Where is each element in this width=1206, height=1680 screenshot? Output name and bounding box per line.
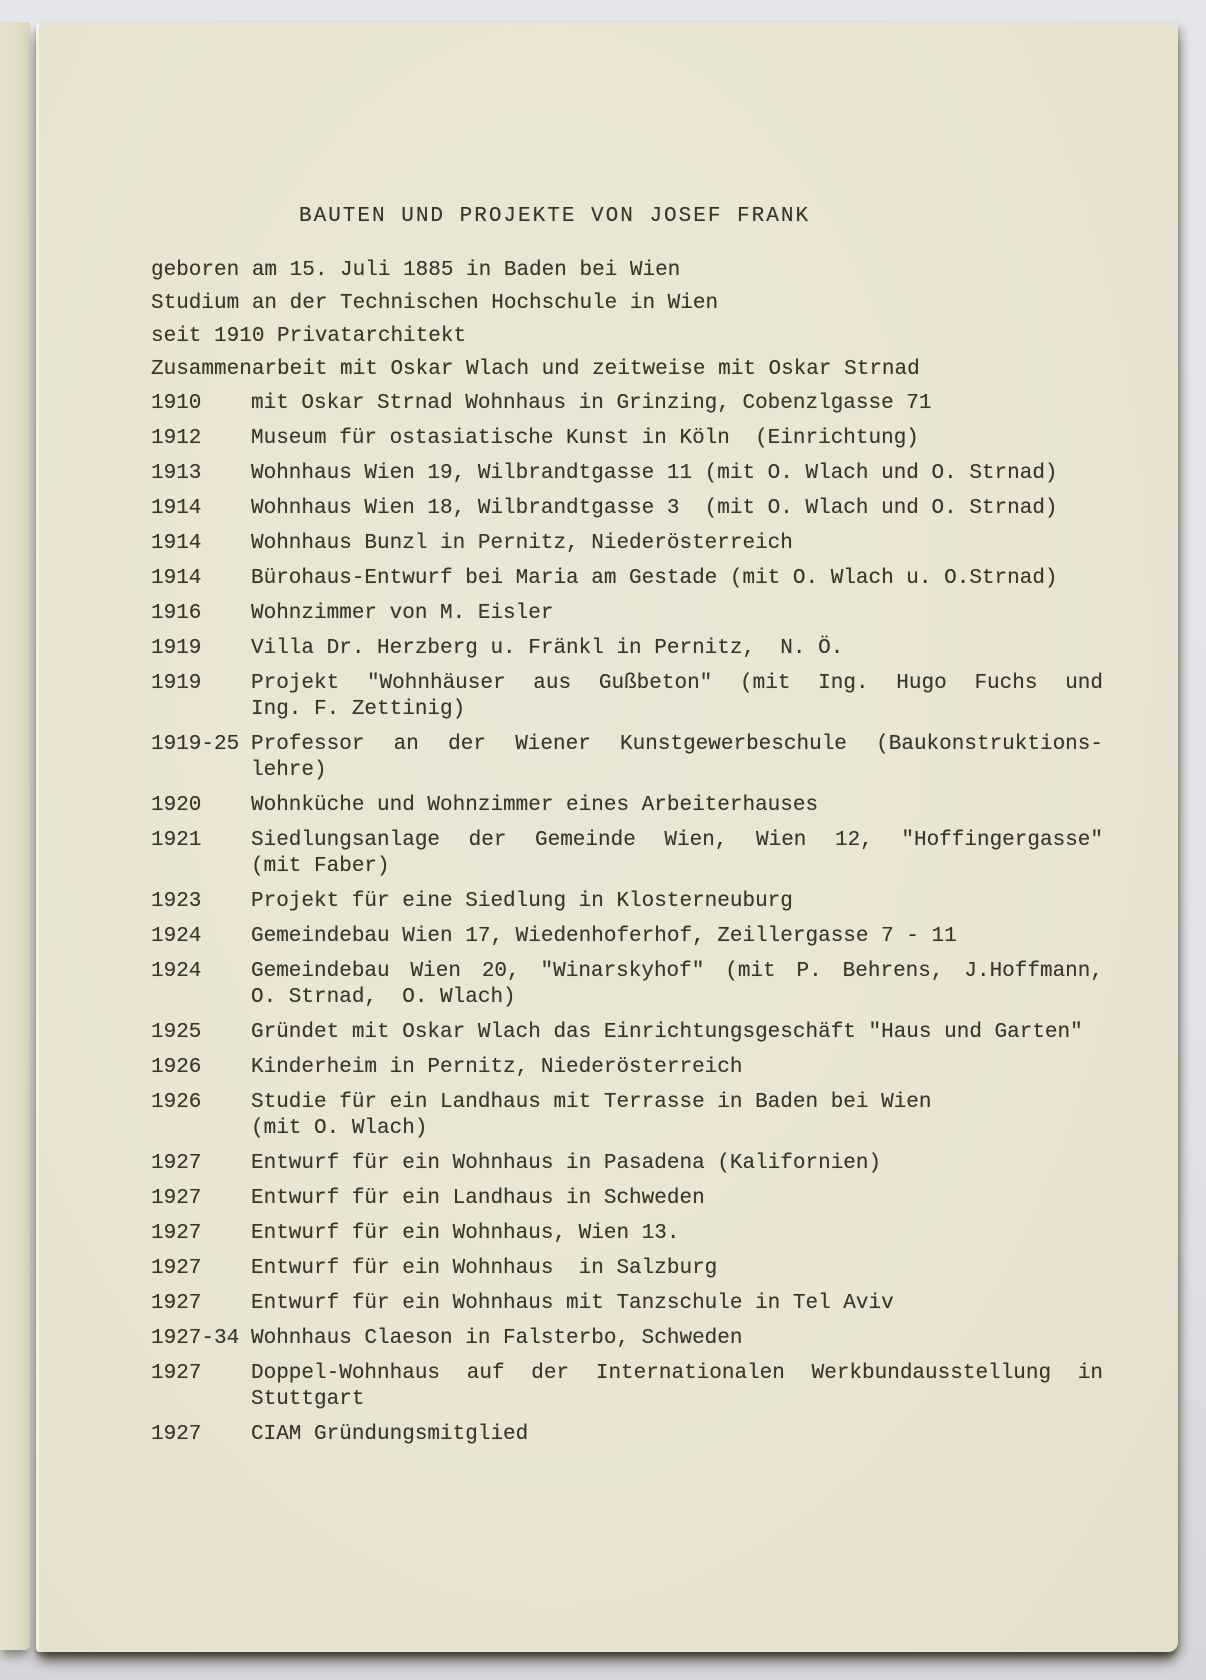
entry-year: 1927 (151, 1151, 251, 1177)
entry-line: Ing. F. Zettinig) (251, 697, 1103, 723)
entry-line: Entwurf für ein Wohnhaus in Pasadena (Ka… (251, 1151, 1103, 1177)
entry-line: Gemeindebau Wien 20, "Winarskyhof" (mit … (251, 959, 1103, 985)
entry-year: 1914 (151, 566, 251, 592)
entry-description: Bürohaus-Entwurf bei Maria am Gestade (m… (251, 566, 1103, 592)
intro-line: geboren am 15. Juli 1885 in Baden bei Wi… (151, 257, 1103, 284)
entry-row: 1927Doppel-Wohnhaus auf der Internationa… (151, 1361, 1103, 1413)
entry-row: 1927Entwurf für ein Wohnhaus in Pasadena… (151, 1151, 1103, 1177)
entry-line: lehre) (251, 758, 1103, 784)
entry-description: Wohnküche und Wohnzimmer eines Arbeiterh… (251, 793, 1103, 819)
entry-description: mit Oskar Strnad Wohnhaus in Grinzing, C… (251, 391, 1103, 417)
entry-description: CIAM Gründungsmitglied (251, 1422, 1103, 1448)
entry-description: Wohnhaus Wien 19, Wilbrandtgasse 11 (mit… (251, 461, 1103, 487)
entry-year: 1916 (151, 601, 251, 627)
entry-row: 1916Wohnzimmer von M. Eisler (151, 601, 1103, 627)
entry-year: 1927 (151, 1221, 251, 1247)
entry-description: Museum für ostasiatische Kunst in Köln (… (251, 426, 1103, 452)
entry-row: 1927Entwurf für ein Wohnhaus, Wien 13. (151, 1221, 1103, 1247)
entry-line: Studie für ein Landhaus mit Terrasse in … (251, 1090, 1103, 1116)
entry-line: Wohnküche und Wohnzimmer eines Arbeiterh… (251, 793, 1103, 819)
entry-year: 1919-25 (151, 732, 251, 784)
entry-line: Wohnhaus Wien 19, Wilbrandtgasse 11 (mit… (251, 461, 1103, 487)
entry-description: Entwurf für ein Wohnhaus mit Tanzschule … (251, 1291, 1103, 1317)
entry-row: 1927CIAM Gründungsmitglied (151, 1422, 1103, 1448)
entry-line: Projekt "Wohnhäuser aus Gußbeton" (mit I… (251, 671, 1103, 697)
entry-year: 1921 (151, 828, 251, 880)
entry-year: 1926 (151, 1090, 251, 1142)
intro-line: Zusammenarbeit mit Oskar Wlach und zeitw… (151, 356, 1103, 383)
entry-description: Entwurf für ein Wohnhaus in Salzburg (251, 1256, 1103, 1282)
entry-row: 1927Entwurf für ein Wohnhaus in Salzburg (151, 1256, 1103, 1282)
entry-year: 1925 (151, 1020, 251, 1046)
entry-description: Wohnhaus Bunzl in Pernitz, Niederösterre… (251, 531, 1103, 557)
entry-row: 1913Wohnhaus Wien 19, Wilbrandtgasse 11 … (151, 461, 1103, 487)
entry-description: Gründet mit Oskar Wlach das Einrichtungs… (251, 1020, 1103, 1046)
entry-description: Wohnhaus Claeson in Falsterbo, Schweden (251, 1326, 1103, 1352)
entry-year: 1913 (151, 461, 251, 487)
entry-row: 1926Kinderheim in Pernitz, Niederösterre… (151, 1055, 1103, 1081)
entry-line: Wohnhaus Claeson in Falsterbo, Schweden (251, 1326, 1103, 1352)
entry-row: 1912Museum für ostasiatische Kunst in Kö… (151, 426, 1103, 452)
entry-year: 1927 (151, 1256, 251, 1282)
entry-line: Entwurf für ein Landhaus in Schweden (251, 1186, 1103, 1212)
entry-description: Siedlungsanlage der Gemeinde Wien, Wien … (251, 828, 1103, 880)
entry-line: Entwurf für ein Wohnhaus, Wien 13. (251, 1221, 1103, 1247)
entry-description: Studie für ein Landhaus mit Terrasse in … (251, 1090, 1103, 1142)
entry-line: Wohnhaus Wien 18, Wilbrandtgasse 3 (mit … (251, 496, 1103, 522)
entry-line: Wohnzimmer von M. Eisler (251, 601, 1103, 627)
entry-line: Siedlungsanlage der Gemeinde Wien, Wien … (251, 828, 1103, 854)
entry-line: Stuttgart (251, 1387, 1103, 1413)
entry-row: 1919-25Professor an der Wiener Kunstgewe… (151, 732, 1103, 784)
entry-year: 1927-34 (151, 1326, 251, 1352)
entry-line: Entwurf für ein Wohnhaus mit Tanzschule … (251, 1291, 1103, 1317)
entry-year: 1912 (151, 426, 251, 452)
entry-year: 1919 (151, 636, 251, 662)
document-title: BAUTEN UND PROJEKTE VON JOSEF FRANK (151, 203, 1103, 230)
entry-description: Entwurf für ein Landhaus in Schweden (251, 1186, 1103, 1212)
entry-row: 1927Entwurf für ein Wohnhaus mit Tanzsch… (151, 1291, 1103, 1317)
entry-year: 1914 (151, 531, 251, 557)
entry-line: Entwurf für ein Wohnhaus in Salzburg (251, 1256, 1103, 1282)
entry-row: 1923Projekt für eine Siedlung in Kloster… (151, 889, 1103, 915)
entry-description: Wohnzimmer von M. Eisler (251, 601, 1103, 627)
entry-line: Wohnhaus Bunzl in Pernitz, Niederösterre… (251, 531, 1103, 557)
entry-year: 1924 (151, 959, 251, 1011)
entry-line: Gemeindebau Wien 17, Wiedenhoferhof, Zei… (251, 924, 1103, 950)
entry-line: Villa Dr. Herzberg u. Fränkl in Pernitz,… (251, 636, 1103, 662)
entry-line: Gründet mit Oskar Wlach das Einrichtungs… (251, 1020, 1103, 1046)
entry-year: 1927 (151, 1186, 251, 1212)
entry-row: 1924Gemeindebau Wien 17, Wiedenhoferhof,… (151, 924, 1103, 950)
previous-page-edge (0, 22, 30, 1650)
entry-line: Kinderheim in Pernitz, Niederösterreich (251, 1055, 1103, 1081)
entry-line: (mit O. Wlach) (251, 1116, 1103, 1142)
entry-description: Kinderheim in Pernitz, Niederösterreich (251, 1055, 1103, 1081)
entry-description: Projekt für eine Siedlung in Klosterneub… (251, 889, 1103, 915)
entry-row: 1921Siedlungsanlage der Gemeinde Wien, W… (151, 828, 1103, 880)
entry-row: 1920Wohnküche und Wohnzimmer eines Arbei… (151, 793, 1103, 819)
entry-row: 1927-34Wohnhaus Claeson in Falsterbo, Sc… (151, 1326, 1103, 1352)
entry-line: mit Oskar Strnad Wohnhaus in Grinzing, C… (251, 391, 1103, 417)
entry-line: Doppel-Wohnhaus auf der Internationalen … (251, 1361, 1103, 1387)
entry-description: Entwurf für ein Wohnhaus in Pasadena (Ka… (251, 1151, 1103, 1177)
entry-row: 1919Villa Dr. Herzberg u. Fränkl in Pern… (151, 636, 1103, 662)
entry-description: Gemeindebau Wien 20, "Winarskyhof" (mit … (251, 959, 1103, 1011)
entry-description: Doppel-Wohnhaus auf der Internationalen … (251, 1361, 1103, 1413)
entry-year: 1926 (151, 1055, 251, 1081)
entry-year: 1920 (151, 793, 251, 819)
entry-year: 1927 (151, 1361, 251, 1413)
entry-year: 1927 (151, 1291, 251, 1317)
entry-description: Wohnhaus Wien 18, Wilbrandtgasse 3 (mit … (251, 496, 1103, 522)
entry-row: 1914Bürohaus-Entwurf bei Maria am Gestad… (151, 566, 1103, 592)
entry-line: (mit Faber) (251, 854, 1103, 880)
page-content: BAUTEN UND PROJEKTE VON JOSEF FRANK gebo… (151, 203, 1103, 1457)
entry-line: CIAM Gründungsmitglied (251, 1422, 1103, 1448)
entry-year: 1924 (151, 924, 251, 950)
intro-line: Studium an der Technischen Hochschule in… (151, 290, 1103, 317)
entry-row: 1919Projekt "Wohnhäuser aus Gußbeton" (m… (151, 671, 1103, 723)
entry-row: 1927Entwurf für ein Landhaus in Schweden (151, 1186, 1103, 1212)
entry-row: 1926Studie für ein Landhaus mit Terrasse… (151, 1090, 1103, 1142)
entry-year: 1914 (151, 496, 251, 522)
intro-lines: geboren am 15. Juli 1885 in Baden bei Wi… (151, 257, 1103, 383)
entry-line: O. Strnad, O. Wlach) (251, 985, 1103, 1011)
entry-description: Gemeindebau Wien 17, Wiedenhoferhof, Zei… (251, 924, 1103, 950)
entry-description: Entwurf für ein Wohnhaus, Wien 13. (251, 1221, 1103, 1247)
entry-line: Bürohaus-Entwurf bei Maria am Gestade (m… (251, 566, 1103, 592)
intro-line: seit 1910 Privatarchitekt (151, 323, 1103, 350)
entry-year: 1910 (151, 391, 251, 417)
entries-list: 1910mit Oskar Strnad Wohnhaus in Grinzin… (151, 391, 1103, 1448)
entry-description: Professor an der Wiener Kunstgewerbeschu… (251, 732, 1103, 784)
entry-description: Villa Dr. Herzberg u. Fränkl in Pernitz,… (251, 636, 1103, 662)
entry-row: 1910mit Oskar Strnad Wohnhaus in Grinzin… (151, 391, 1103, 417)
entry-year: 1919 (151, 671, 251, 723)
entry-line: Museum für ostasiatische Kunst in Köln (… (251, 426, 1103, 452)
entry-line: Professor an der Wiener Kunstgewerbeschu… (251, 732, 1103, 758)
entry-year: 1923 (151, 889, 251, 915)
entry-description: Projekt "Wohnhäuser aus Gußbeton" (mit I… (251, 671, 1103, 723)
entry-year: 1927 (151, 1422, 251, 1448)
entry-row: 1914Wohnhaus Wien 18, Wilbrandtgasse 3 (… (151, 496, 1103, 522)
book-page: BAUTEN UND PROJEKTE VON JOSEF FRANK gebo… (36, 23, 1178, 1652)
entry-row: 1914Wohnhaus Bunzl in Pernitz, Niederöst… (151, 531, 1103, 557)
entry-row: 1924Gemeindebau Wien 20, "Winarskyhof" (… (151, 959, 1103, 1011)
entry-line: Projekt für eine Siedlung in Klosterneub… (251, 889, 1103, 915)
entry-row: 1925Gründet mit Oskar Wlach das Einricht… (151, 1020, 1103, 1046)
